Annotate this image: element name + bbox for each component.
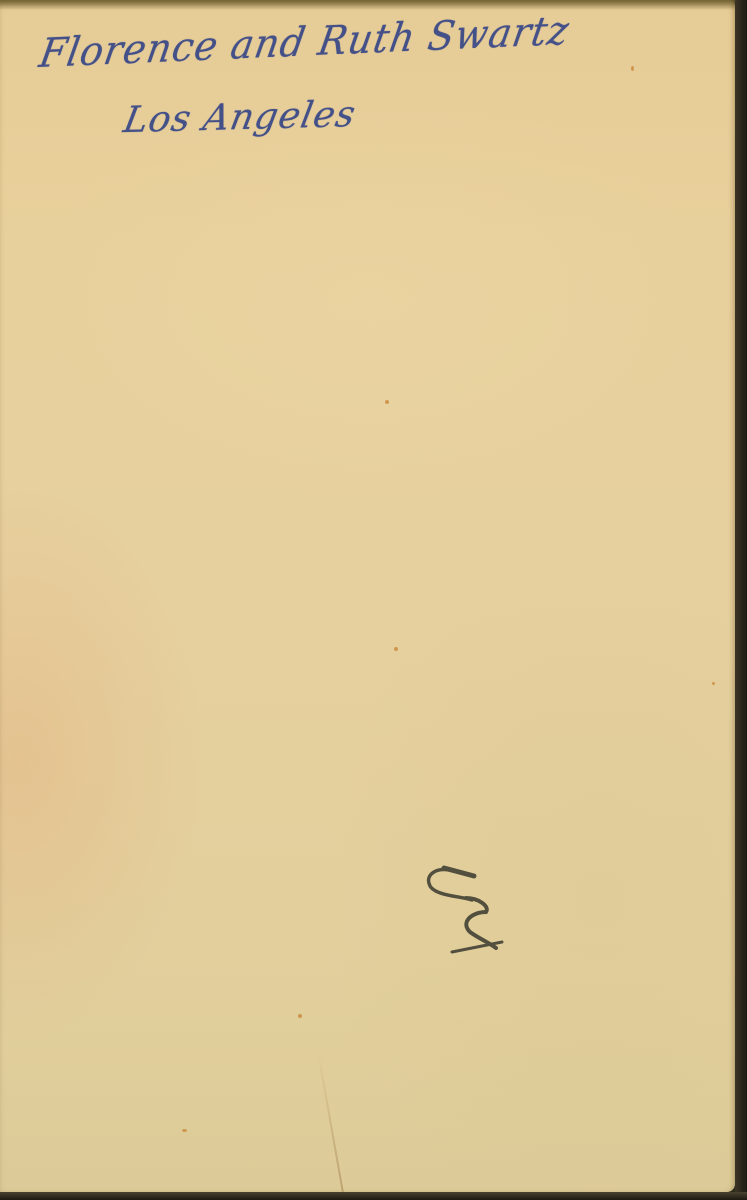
paper-speck [394, 647, 398, 651]
pencil-notation-mark: 2a/ [402, 840, 514, 955]
paper-speck [385, 400, 389, 404]
scan-right-edge [735, 0, 747, 1200]
handwritten-city: Los Angeles [120, 94, 359, 141]
paper-speck [631, 66, 634, 71]
top-edge-shadow [0, 0, 735, 10]
paper-crease [317, 1051, 345, 1199]
paper-speck [182, 1129, 187, 1132]
scan-bottom-edge [0, 1192, 747, 1200]
paper-speck [298, 1014, 302, 1018]
photo-card-back: Florence and Ruth Swartz Los Angeles 2a/ [0, 0, 735, 1192]
paper-speck [712, 682, 715, 685]
handwritten-names: Florence and Ruth Swartz [36, 7, 573, 77]
